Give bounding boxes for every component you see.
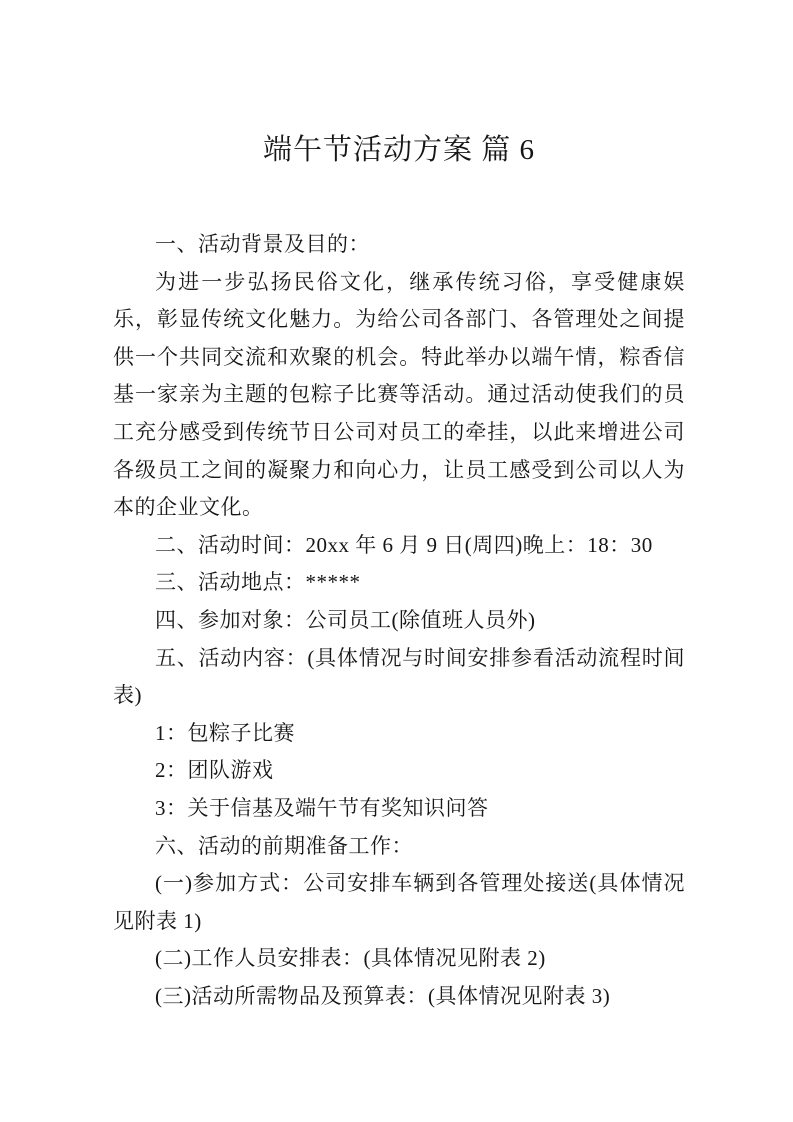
- paragraph-prep-budget: (三)活动所需物品及预算表：(具体情况见附表 3): [113, 978, 685, 1016]
- paragraph-activity-content: 五、活动内容：(具体情况与时间安排参看活动流程时间表): [113, 640, 685, 715]
- document-title: 端午节活动方案 篇 6: [113, 131, 685, 169]
- document-page: 端午节活动方案 篇 6 一、活动背景及目的： 为进一步弘扬民俗文化，继承传统习俗…: [0, 0, 793, 1122]
- paragraph-activity-location: 三、活动地点：*****: [113, 564, 685, 602]
- paragraph-section-1-heading: 一、活动背景及目的：: [113, 226, 685, 264]
- paragraph-prep-staffing: (二)工作人员安排表：(具体情况见附表 2): [113, 940, 685, 978]
- list-item-quiz: 3：关于信基及端午节有奖知识问答: [113, 790, 685, 828]
- paragraph-preparation-heading: 六、活动的前期准备工作：: [113, 828, 685, 866]
- paragraph-participants: 四、参加对象：公司员工(除值班人员外): [113, 602, 685, 640]
- paragraph-prep-transport: (一)参加方式：公司安排车辆到各管理处接送(具体情况见附表 1): [113, 865, 685, 940]
- document-body: 一、活动背景及目的： 为进一步弘扬民俗文化，继承传统习俗，享受健康娱乐，彰显传统…: [113, 226, 685, 1015]
- list-item-zongzi-contest: 1：包粽子比赛: [113, 715, 685, 753]
- list-item-team-games: 2：团队游戏: [113, 752, 685, 790]
- paragraph-background-purpose: 为进一步弘扬民俗文化，继承传统习俗，享受健康娱乐，彰显传统文化魅力。为给公司各部…: [113, 264, 685, 527]
- paragraph-activity-time: 二、活动时间：20xx 年 6 月 9 日(周四)晚上：18：30: [113, 527, 685, 565]
